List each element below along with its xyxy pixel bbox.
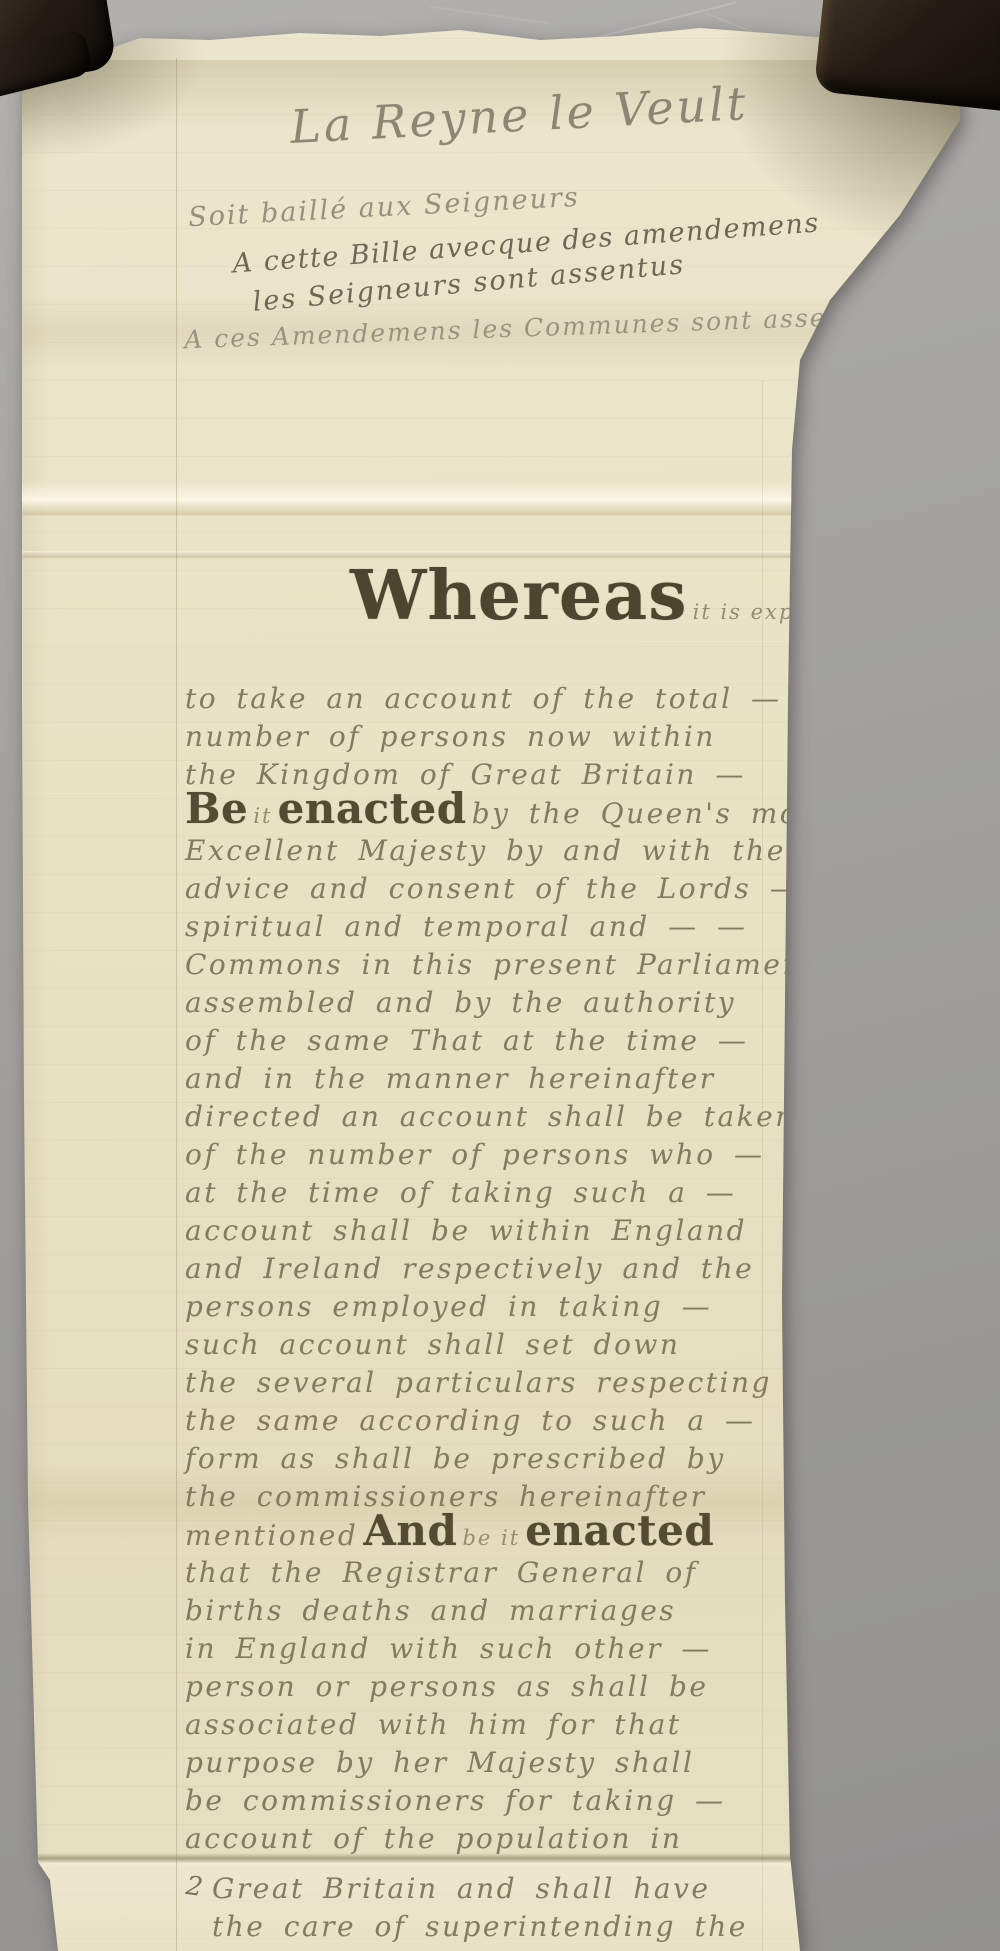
handwritten-text: and in the manner hereinafter	[185, 1062, 716, 1095]
handwritten-text: that the Registrar General of	[185, 1556, 698, 1589]
handwritten-text: Commons in this present Parliament	[185, 948, 817, 981]
handwritten-text: births deaths and marriages	[185, 1594, 676, 1627]
blackletter-word: enacted	[525, 1506, 714, 1555]
manuscript-line: Excellent Majesty by and with the	[185, 834, 786, 867]
handwritten-text: be commissioners for taking —	[185, 1784, 726, 1817]
handwritten-text: spiritual and temporal and — —	[185, 910, 748, 943]
handwritten-text: Excellent Majesty by and with the	[185, 834, 786, 867]
handwritten-text: assembled and by the authority	[185, 986, 736, 1019]
manuscript-line: such account shall set down	[185, 1328, 680, 1361]
manuscript-line: at the time of taking such a —	[185, 1176, 736, 1209]
manuscript-line: Great Britain and shall have	[212, 1872, 711, 1905]
handwritten-text: directed an account shall be taken	[185, 1100, 796, 1133]
manuscript-line: the several particulars respecting	[185, 1366, 772, 1399]
manuscript-line: assembled and by the authority	[185, 986, 736, 1019]
manuscript-line: and in the manner hereinafter	[185, 1062, 716, 1095]
manuscript-line: directed an account shall be taken	[185, 1100, 796, 1133]
manuscript-line: spiritual and temporal and — —	[185, 910, 748, 943]
manuscript-line: form as shall be prescribed by	[185, 1442, 726, 1475]
handwritten-text: account of the population in	[185, 1822, 682, 1855]
handwritten-text: at the time of taking such a —	[185, 1176, 736, 1209]
manuscript-line: purpose by her Majesty shall	[185, 1746, 694, 1779]
handwritten-text: of the number of persons who —	[185, 1138, 765, 1171]
handwritten-text: associated with him for that	[185, 1708, 682, 1741]
manuscript-line: Commons in this present Parliament	[185, 948, 817, 981]
manuscript-line: persons employed in taking —	[185, 1290, 712, 1323]
handwritten-text: person or persons as shall be	[185, 1670, 708, 1703]
handwritten-text: of the same That at the time —	[185, 1024, 748, 1057]
manuscript-line: account of the population in	[185, 1822, 682, 1855]
handwritten-text: the care of superintending the	[212, 1910, 748, 1943]
parchment-sheet: La Reyne le Veult Soit baillé aux Seigne…	[0, 0, 1000, 1951]
manuscript-line: account shall be within England	[185, 1214, 747, 1247]
manuscript-line: that the Registrar General of	[185, 1556, 698, 1589]
manuscript-line: and Ireland respectively and the	[185, 1252, 754, 1285]
handwritten-text: account shall be within England	[185, 1214, 747, 1247]
handwritten-text: form as shall be prescribed by	[185, 1442, 726, 1475]
handwritten-text: purpose by her Majesty shall	[185, 1746, 694, 1779]
handwritten-text: by the Queen's most	[472, 797, 830, 830]
blackletter-word: Be	[185, 784, 248, 833]
manuscript-line: person or persons as shall be	[185, 1670, 708, 1703]
handwritten-text: advice and consent of the Lords —	[185, 872, 800, 905]
handwritten-text: number of persons now within	[185, 720, 716, 753]
handwritten-text: such account shall set down	[185, 1328, 680, 1361]
blackletter-word: enacted	[278, 784, 467, 833]
manuscript-line: of the number of persons who —	[185, 1138, 765, 1171]
manuscript-body: to take an account of the total —number …	[0, 0, 1000, 1951]
handwritten-text: be it	[462, 1526, 520, 1550]
manuscript-line: associated with him for that	[185, 1708, 682, 1741]
manuscript-line: be commissioners for taking —	[185, 1784, 726, 1817]
parchment-surface: La Reyne le Veult Soit baillé aux Seigne…	[0, 0, 1000, 1951]
handwritten-text: the several particulars respecting	[185, 1366, 772, 1399]
handwritten-text: persons employed in taking —	[185, 1290, 712, 1323]
manuscript-line: Be it enacted by the Queen's most	[185, 784, 830, 833]
manuscript-line: births deaths and marriages	[185, 1594, 676, 1627]
handwritten-text: in England with such other —	[185, 1632, 712, 1665]
blackletter-word: And	[363, 1506, 457, 1555]
handwritten-text: Great Britain and shall have	[212, 1872, 711, 1905]
handwritten-text: mentioned	[185, 1519, 358, 1552]
handwritten-text: it	[253, 804, 272, 828]
manuscript-line: to take an account of the total —	[185, 682, 781, 715]
manuscript-line: mentioned And be it enacted	[185, 1506, 714, 1555]
manuscript-line: the care of superintending the	[212, 1910, 748, 1943]
manuscript-line: of the same That at the time —	[185, 1024, 748, 1057]
handwritten-text: and Ireland respectively and the	[185, 1252, 754, 1285]
manuscript-line: number of persons now within	[185, 720, 716, 753]
manuscript-line: in England with such other —	[185, 1632, 712, 1665]
photo-of-parchment-act: La Reyne le Veult Soit baillé aux Seigne…	[0, 0, 1000, 1951]
handwritten-text: to take an account of the total —	[185, 682, 781, 715]
manuscript-line: advice and consent of the Lords —	[185, 872, 800, 905]
manuscript-line: the same according to such a —	[185, 1404, 756, 1437]
handwritten-text: the same according to such a —	[185, 1404, 756, 1437]
membrane-number: 2	[184, 1871, 205, 1903]
